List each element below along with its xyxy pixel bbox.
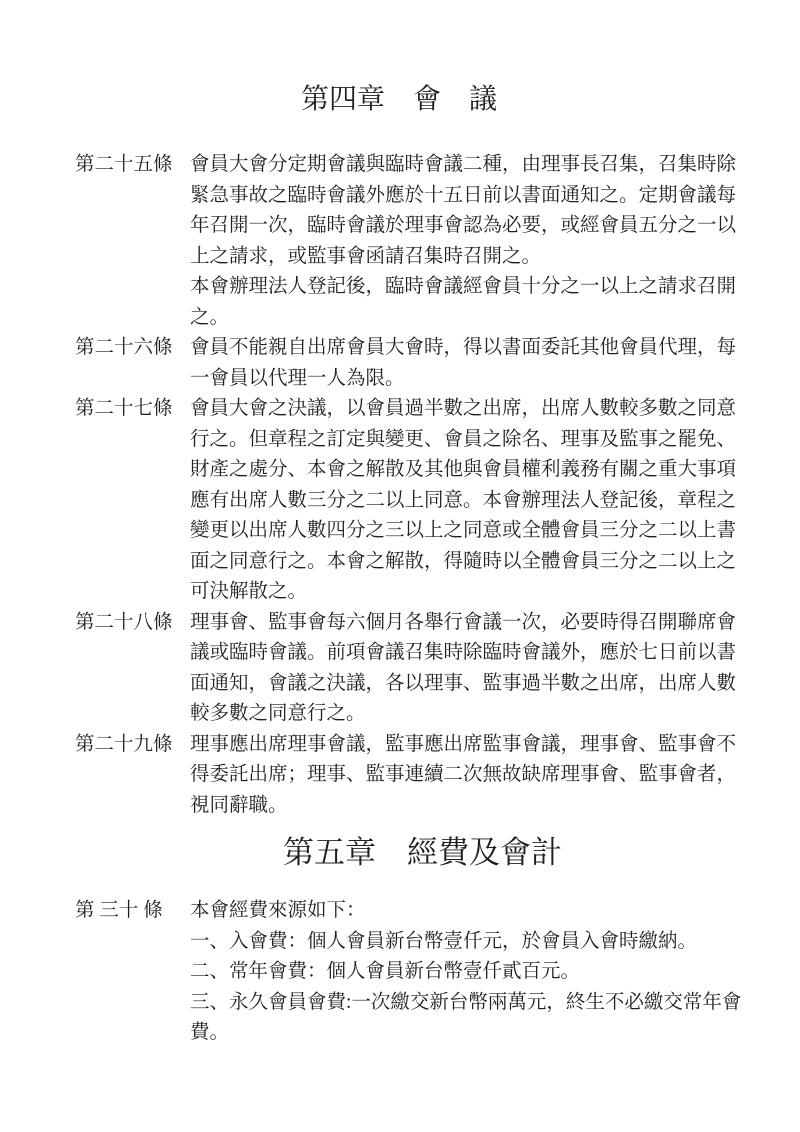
article-text: 理事會、監事會每六個月各舉行會議一次，必要時得召開聯席會議或臨時會議。前項會議召… bbox=[190, 608, 735, 730]
article-text: 會員大會之決議，以會員過半數之出席，出席人數較多數之同意行之。但章程之訂定與變更… bbox=[190, 394, 735, 608]
article-line: 年召開一次，臨時會議於理事會認為必要，或經會員五分之一以 bbox=[190, 211, 735, 242]
article-line: 議或臨時會議。前項會議召集時除臨時會議外，應於七日前以書 bbox=[190, 638, 735, 669]
article-line: 會員大會分定期會議與臨時會議二種，由理事長召集，召集時除 bbox=[190, 150, 735, 181]
article-line: 費。 bbox=[190, 1018, 735, 1049]
article: 第二十九條理事應出席理事會議，監事應出席監事會議，理事會、監事會不得委託出席；理… bbox=[75, 730, 735, 822]
article: 第二十六條會員不能親自出席會員大會時，得以書面委託其他會員代理，每一會員以代理一… bbox=[75, 333, 735, 394]
article-text: 理事應出席理事會議，監事應出席監事會議，理事會、監事會不得委託出席；理事、監事連… bbox=[190, 730, 735, 822]
article-line: 二、常年會費：個人會員新台幣壹仟貳百元。 bbox=[190, 957, 735, 988]
chapter-4-articles: 第二十五條會員大會分定期會議與臨時會議二種，由理事長召集，召集時除緊急事故之臨時… bbox=[75, 150, 735, 821]
article-line: 三、永久會員會費:一次繳交新台幣兩萬元，終生不必繳交常年會 bbox=[190, 988, 735, 1019]
article-line: 理事應出席理事會議，監事應出席監事會議，理事會、監事會不 bbox=[190, 730, 735, 761]
article: 第二十七條會員大會之決議，以會員過半數之出席，出席人數較多數之同意行之。但章程之… bbox=[75, 394, 735, 608]
article-number: 第二十五條 bbox=[75, 150, 190, 181]
article-line: 之。 bbox=[190, 303, 735, 334]
article-line: 本會辦理法人登記後，臨時會議經會員十分之一以上之請求召開 bbox=[190, 272, 735, 303]
article-number: 第二十八條 bbox=[75, 608, 190, 639]
article-number: 第二十九條 bbox=[75, 730, 190, 761]
article-number: 第二十六條 bbox=[75, 333, 190, 364]
article-line: 面通知，會議之決議，各以理事、監事過半數之出席，出席人數 bbox=[190, 669, 735, 700]
article-number: 第二十七條 bbox=[75, 394, 190, 425]
article-line: 視同辭職。 bbox=[190, 791, 735, 822]
article-text: 會員大會分定期會議與臨時會議二種，由理事長召集，召集時除緊急事故之臨時會議外應於… bbox=[190, 150, 735, 333]
article-line: 面之同意行之。本會之解散，得隨時以全體會員三分之二以上之 bbox=[190, 547, 735, 578]
article-line: 上之請求，或監事會函請召集時召開之。 bbox=[190, 242, 735, 273]
article-line: 可決解散之。 bbox=[190, 577, 735, 608]
article: 第二十五條會員大會分定期會議與臨時會議二種，由理事長召集，召集時除緊急事故之臨時… bbox=[75, 150, 735, 333]
article-line: 財產之處分、本會之解散及其他與會員權利義務有關之重大事項 bbox=[190, 455, 735, 486]
article-line: 變更以出席人數四分之三以上之同意或全體會員三分之二以上書 bbox=[190, 516, 735, 547]
article-number: 第 三十 條 bbox=[75, 896, 190, 927]
document-page: 第四章 會 議 第二十五條會員大會分定期會議與臨時會議二種，由理事長召集，召集時… bbox=[0, 0, 800, 1132]
article-line: 較多數之同意行之。 bbox=[190, 699, 735, 730]
article-line: 緊急事故之臨時會議外應於十五日前以書面通知之。定期會議每 bbox=[190, 181, 735, 212]
article-line: 理事會、監事會每六個月各舉行會議一次，必要時得召開聯席會 bbox=[190, 608, 735, 639]
chapter-5-heading: 第五章 經費及會計 bbox=[283, 835, 562, 871]
chapter-4-heading: 第四章 會 議 bbox=[301, 84, 497, 116]
article-line: 會員不能親自出席會員大會時，得以書面委託其他會員代理，每 bbox=[190, 333, 735, 364]
article-text: 本會經費來源如下：一、入會費：個人會員新台幣壹仟元，於會員入會時繳納。二、常年會… bbox=[190, 896, 735, 1049]
chapter-5-articles: 第 三十 條本會經費來源如下：一、入會費：個人會員新台幣壹仟元，於會員入會時繳納… bbox=[75, 896, 735, 1049]
article-line: 會員大會之決議，以會員過半數之出席，出席人數較多數之同意 bbox=[190, 394, 735, 425]
article-line: 一會員以代理一人為限。 bbox=[190, 364, 735, 395]
article-text: 會員不能親自出席會員大會時，得以書面委託其他會員代理，每一會員以代理一人為限。 bbox=[190, 333, 735, 394]
article-line: 得委託出席；理事、監事連續二次無故缺席理事會、監事會者， bbox=[190, 760, 735, 791]
article-line: 應有出席人數三分之二以上同意。本會辦理法人登記後，章程之 bbox=[190, 486, 735, 517]
article: 第二十八條理事會、監事會每六個月各舉行會議一次，必要時得召開聯席會議或臨時會議。… bbox=[75, 608, 735, 730]
article-line: 一、入會費：個人會員新台幣壹仟元，於會員入會時繳納。 bbox=[190, 927, 735, 958]
article: 第 三十 條本會經費來源如下：一、入會費：個人會員新台幣壹仟元，於會員入會時繳納… bbox=[75, 896, 735, 1049]
article-line: 本會經費來源如下： bbox=[190, 896, 735, 927]
article-line: 行之。但章程之訂定與變更、會員之除名、理事及監事之罷免、 bbox=[190, 425, 735, 456]
